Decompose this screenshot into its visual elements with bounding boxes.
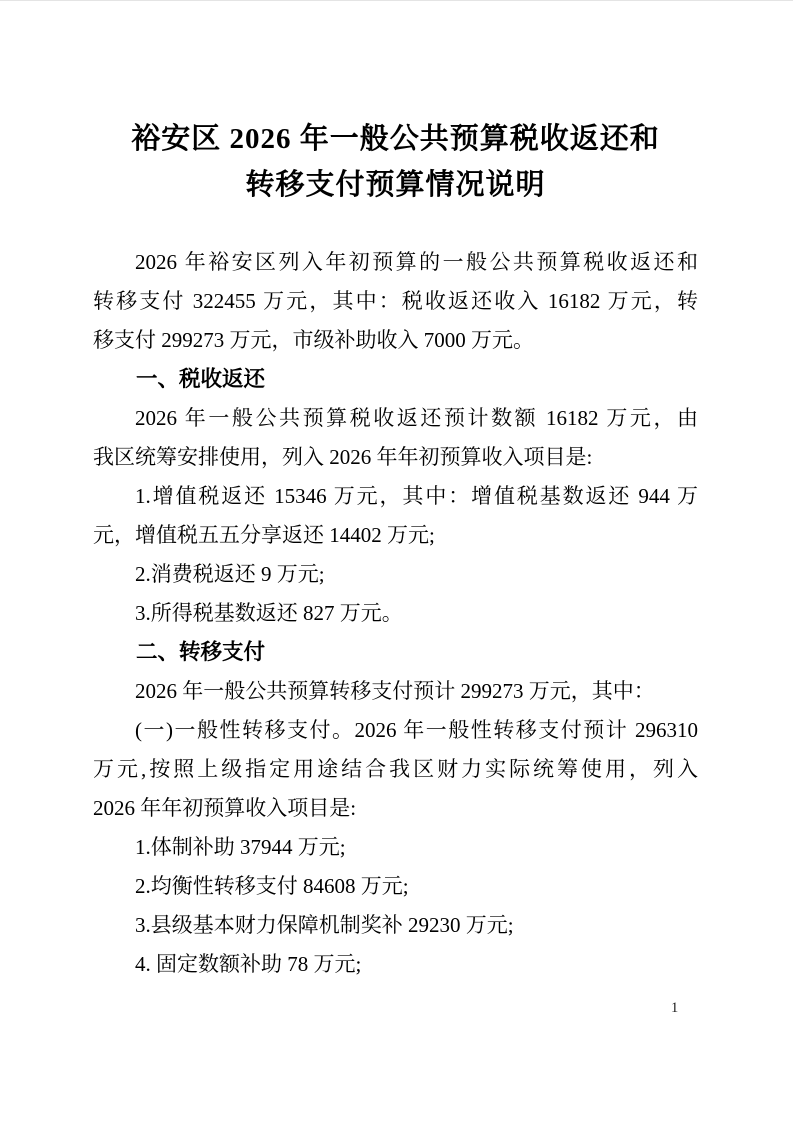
text-line: 3.县级基本财力保障机制奖补 29230 万元;	[93, 906, 698, 945]
paragraph: 2.均衡性转移支付 84608 万元;	[93, 867, 698, 906]
paragraph: 2026 年一般公共预算税收返还预计数额 16182 万元，由我区统筹安排使用，…	[93, 399, 698, 477]
text-line: 元，增值税五五分享返还 14402 万元;	[93, 516, 698, 555]
heading-text: 一、税收返还	[93, 360, 698, 399]
text-line: 4. 固定数额补助 78 万元;	[93, 945, 698, 984]
section-heading: 一、税收返还	[93, 360, 698, 399]
paragraph: 3.县级基本财力保障机制奖补 29230 万元;	[93, 906, 698, 945]
text-line: 1.体制补助 37944 万元;	[93, 828, 698, 867]
title-line: 裕安区 2026 年一般公共预算税收返还和	[93, 116, 698, 162]
text-line: (一)一般性转移支付。2026 年一般性转移支付预计 296310	[93, 711, 698, 750]
section-heading: 二、转移支付	[93, 633, 698, 672]
page-number: 1	[671, 1000, 678, 1017]
document-title: 裕安区 2026 年一般公共预算税收返还和转移支付预算情况说明	[93, 116, 698, 208]
text-line: 2026 年年初预算收入项目是:	[93, 789, 698, 828]
text-line: 移支付 299273 万元，市级补助收入 7000 万元。	[93, 321, 698, 360]
paragraph: 2.消费税返还 9 万元;	[93, 555, 698, 594]
paragraph: 3.所得税基数返还 827 万元。	[93, 594, 698, 633]
document-content: 裕安区 2026 年一般公共预算税收返还和转移支付预算情况说明 2026 年裕安…	[0, 1, 793, 984]
text-line: 2.均衡性转移支付 84608 万元;	[93, 867, 698, 906]
paragraph: 1.增值税返还 15346 万元，其中：增值税基数返还 944 万元，增值税五五…	[93, 477, 698, 555]
document-page: 裕安区 2026 年一般公共预算税收返还和转移支付预算情况说明 2026 年裕安…	[0, 0, 793, 1122]
text-line: 2026 年裕安区列入年初预算的一般公共预算税收返还和	[93, 243, 698, 282]
heading-text: 二、转移支付	[93, 633, 698, 672]
text-line: 2026 年一般公共预算转移支付预计 299273 万元，其中：	[93, 672, 698, 711]
text-line: 转移支付 322455 万元，其中：税收返还收入 16182 万元，转	[93, 282, 698, 321]
text-line: 我区统筹安排使用，列入 2026 年年初预算收入项目是:	[93, 438, 698, 477]
paragraph: 2026 年一般公共预算转移支付预计 299273 万元，其中：	[93, 672, 698, 711]
document-body: 2026 年裕安区列入年初预算的一般公共预算税收返还和转移支付 322455 万…	[93, 243, 698, 984]
text-line: 万元,按照上级指定用途结合我区财力实际统筹使用，列入	[93, 750, 698, 789]
title-line: 转移支付预算情况说明	[93, 162, 698, 208]
text-line: 2.消费税返还 9 万元;	[93, 555, 698, 594]
text-line: 2026 年一般公共预算税收返还预计数额 16182 万元，由	[93, 399, 698, 438]
paragraph: 2026 年裕安区列入年初预算的一般公共预算税收返还和转移支付 322455 万…	[93, 243, 698, 360]
paragraph: 1.体制补助 37944 万元;	[93, 828, 698, 867]
paragraph: (一)一般性转移支付。2026 年一般性转移支付预计 296310万元,按照上级…	[93, 711, 698, 828]
text-line: 1.增值税返还 15346 万元，其中：增值税基数返还 944 万	[93, 477, 698, 516]
paragraph: 4. 固定数额补助 78 万元;	[93, 945, 698, 984]
text-line: 3.所得税基数返还 827 万元。	[93, 594, 698, 633]
